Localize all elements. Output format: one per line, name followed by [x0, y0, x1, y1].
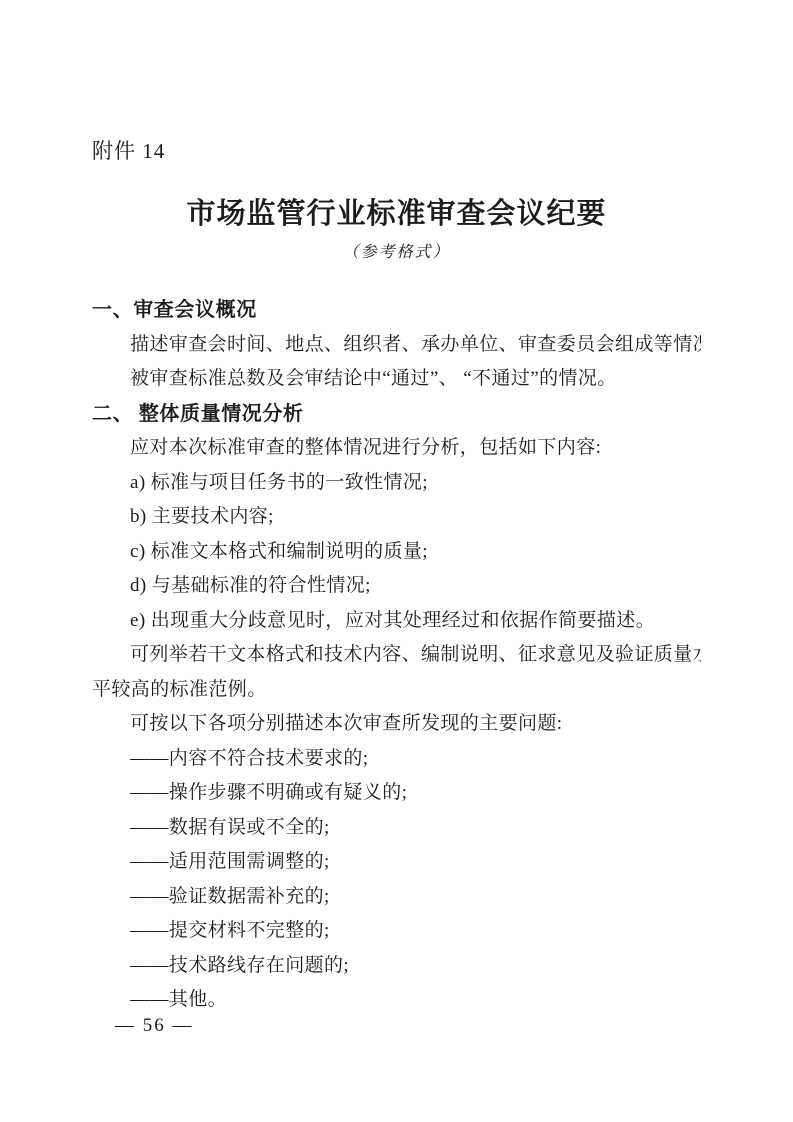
section-2-heading: 二、 整体质量情况分析 — [92, 397, 701, 432]
body-line-dash-item: ——操作步骤不明确或有疑义的; — [92, 776, 701, 811]
body-line-item-b: b) 主要技术内容; — [92, 500, 701, 535]
body-line: 应对本次标准审查的整体情况进行分析，包括如下内容: — [92, 431, 701, 466]
body-line: 平较高的标准范例。 — [92, 673, 701, 708]
page-number: — 56 — — [115, 1013, 194, 1039]
body-line-dash-item: ——技术路线存在问题的; — [92, 949, 701, 984]
body-line-dash-item: ——适用范围需调整的; — [92, 845, 701, 880]
body-line-item-d: d) 与基础标准的符合性情况; — [92, 569, 701, 604]
body-line-item-c: c) 标准文本格式和编制说明的质量; — [92, 535, 701, 570]
section-1-heading: 一、审查会议概况 — [92, 293, 701, 328]
body-line: 可按以下各项分别描述本次审查所发现的主要问题: — [92, 707, 701, 742]
body-line-dash-item: ——验证数据需补充的; — [92, 880, 701, 915]
document-body: 一、审查会议概况 描述审查会时间、地点、组织者、承办单位、审查委员会组成等情况。… — [92, 293, 701, 1018]
attachment-label: 附件 14 — [92, 139, 165, 163]
body-line-dash-item: ——内容不符合技术要求的; — [92, 742, 701, 777]
body-line-item-a: a) 标准与项目任务书的一致性情况; — [92, 466, 701, 501]
body-line-dash-item: ——提交材料不完整的; — [92, 914, 701, 949]
document-title: 市场监管行业标准审查会议纪要 — [0, 194, 793, 234]
body-line: 被审查标准总数及会审结论中“通过”、 “不通过”的情况。 — [92, 362, 701, 397]
body-line-item-e: e) 出现重大分歧意见时，应对其处理经过和依据作简要描述。 — [92, 604, 701, 639]
body-line: 描述审查会时间、地点、组织者、承办单位、审查委员会组成等情况。 — [92, 328, 701, 363]
document-page: 附件 14 市场监管行业标准审查会议纪要 （参考格式） 一、审查会议概况 描述审… — [0, 0, 793, 1122]
body-line-dash-item: ——数据有误或不全的; — [92, 811, 701, 846]
document-subtitle: （参考格式） — [0, 242, 793, 264]
body-line: 可列举若干文本格式和技术内容、编制说明、征求意见及验证质量水 — [92, 638, 701, 673]
